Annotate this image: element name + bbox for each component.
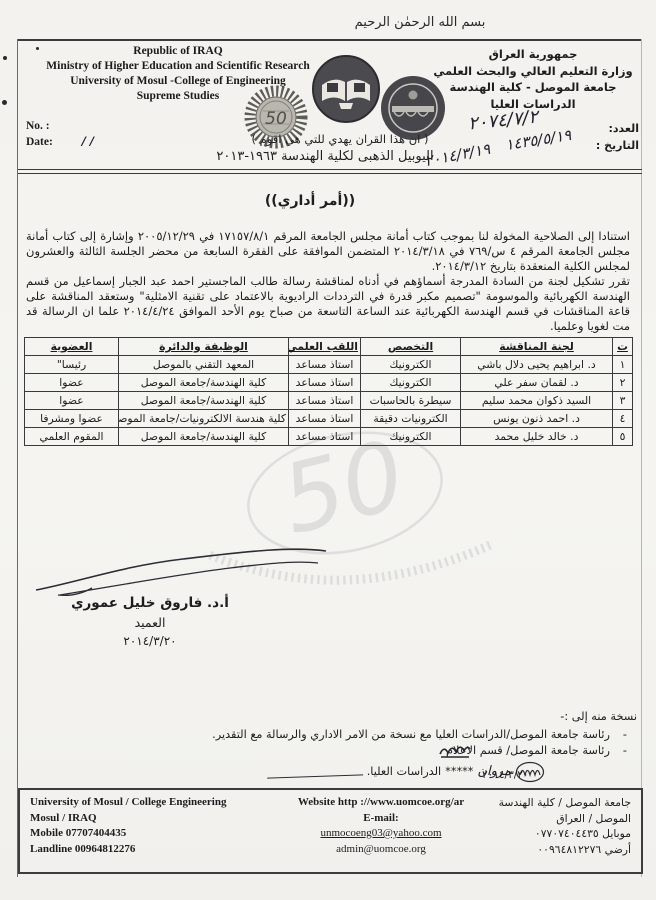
dean-signature-icon [28, 538, 333, 602]
quran-verse: ( ان هذا القران يهدي للتي هي اقوم ) [190, 132, 490, 146]
col-header-specialty: التخصص [361, 338, 461, 356]
signature-block: أ.د. فاروق خليل عموري العميد ٢٠١٤/٣/٢٠ [40, 594, 260, 651]
footer-landline-en: Landline 00964812276 [30, 842, 282, 858]
col-header-committee: لجنة المناقشة [461, 338, 613, 356]
footer-university-en: University of Mosul / College Engineerin… [30, 795, 282, 811]
letterhead-ministry-ar: وزارة التعليم العالي والبحث العلمي [425, 63, 641, 80]
table-cell: الكترونيك [361, 374, 461, 392]
pen-stroke-line [267, 766, 363, 778]
table-row: ٢د. لقمان سفر عليالكترونيكاستاذ مساعدكلي… [25, 374, 633, 392]
footer-city-en: Mosul / IRAQ [30, 811, 282, 827]
handwritten-scribble-over-word [438, 743, 472, 761]
table-cell: السيد ذكوان محمد سليم [461, 392, 613, 410]
table-row: ٣السيد ذكوان محمد سليمسيطرة بالحاسباتاست… [25, 392, 633, 410]
watermark-50-text: 50 [271, 420, 415, 556]
table-cell: المقوم العلمي [25, 428, 119, 446]
footer-english-column: University of Mosul / College Engineerin… [20, 790, 282, 872]
table-cell: استاذ مساعد [289, 374, 361, 392]
date-label: Date: [26, 136, 53, 148]
copies-section: نسخة منه إلى :- - رئاسة جامعة الموصل/الد… [140, 709, 637, 783]
table-cell: د. لقمان سفر علي [461, 374, 613, 392]
table-cell: استاذ مساعد [289, 356, 361, 374]
footer-email-label: E-mail: [282, 811, 480, 827]
copy-item: - رئاسة جامعة الموصل/الدراسات العليا مع … [140, 727, 637, 743]
footer-web-column: Website http ://www.uomcoe.org/ar E-mail… [282, 790, 480, 872]
footer-mobile-en: Mobile 07707404435 [30, 826, 282, 842]
copy-item-text: رئاسة جامعة الموصل/الدراسات العليا مع نس… [212, 727, 610, 743]
table-cell: عضوا [25, 392, 119, 410]
table-cell: ٣ [613, 392, 633, 410]
graduate-studies-label: الدراسات العليا. [367, 764, 441, 780]
letterhead-ministry-en: Ministry of Higher Education and Scienti… [22, 59, 334, 74]
table-cell: كلية الهندسة/جامعة الموصل [119, 392, 289, 410]
scan-artifact [2, 100, 7, 105]
table-cell: سيطرة بالحاسبات [361, 392, 461, 410]
asterisks: ***** [445, 764, 473, 780]
dean-name: أ.د. فاروق خليل عموري [40, 594, 260, 613]
table-cell: ١ [613, 356, 633, 374]
footer-city-ar: الموصل / العراق [480, 811, 631, 827]
header-double-rule [18, 169, 642, 174]
dean-title: العميد [40, 613, 260, 632]
table-cell: د. ابراهيم يحيى دلال باشي [461, 356, 613, 374]
scanned-document-page: بسم الله الرحمٰن الرحيم Republic of IRAQ… [0, 0, 656, 900]
col-header-membership: العضوية [25, 338, 119, 356]
letterhead-country-en: Republic of IRAQ [22, 44, 334, 59]
top-rule [18, 39, 642, 41]
left-page-border [17, 39, 18, 877]
col-header-index: ت [613, 338, 633, 356]
dash-marker: - [623, 727, 627, 743]
table-cell: كلية الهندسة/جامعة الموصل [119, 374, 289, 392]
scan-artifact [3, 56, 7, 60]
col-header-position: الوظيفة والدائرة [119, 338, 289, 356]
table-cell: استاذ مساعد [289, 392, 361, 410]
footer-email-2: admin@uomcoe.org [282, 842, 480, 858]
table-cell: عضوا [25, 374, 119, 392]
copy-item: - رئاسة جامعة الموصل/ قسم الاعلام . [140, 743, 637, 759]
table-cell: رئيسا" [25, 356, 119, 374]
body-paragraph-2: تقرر تشكيل لجنة من السادة المدرجة أسماؤه… [26, 274, 630, 334]
number-date-labels: العدد: التاريخ : [575, 120, 639, 154]
footer-contact-box: University of Mosul / College Engineerin… [18, 788, 643, 874]
footer-email-1: unmocoeng03@yahoo.com [282, 826, 480, 842]
university-of-mosul-logo-icon [311, 54, 381, 124]
table-cell: الكترونيك [361, 356, 461, 374]
body-paragraph-1: استنادا إلى الصلاحية المخولة لنا بموجب ك… [26, 229, 630, 274]
table-row: ١د. ابراهيم يحيى دلال باشيالكترونيكاستاذ… [25, 356, 633, 374]
footer-mobile-ar: موبايل ٠٧٧٠٧٤٠٤٤٣٥ [480, 826, 631, 842]
number-label-ar: العدد: [575, 120, 639, 137]
right-page-border [641, 39, 642, 877]
handwritten-date-hijri: ١٤٣٥/٥/١٩ [504, 126, 573, 154]
date-label-ar: التاريخ : [575, 137, 639, 154]
table-cell: ٤ [613, 410, 633, 428]
no-date-block: No. : Date: / / [26, 119, 94, 150]
no-label: No. : [26, 119, 94, 134]
copies-date: ٢٠١٤/٣/٢٠ [482, 769, 529, 781]
table-cell: ٥ [613, 428, 633, 446]
dash-marker: - [623, 743, 627, 759]
letterhead-country-ar: جمهورية العراق [425, 46, 641, 63]
table-header-row: ت لجنة المناقشة التخصص اللقب العلمي الوظ… [25, 338, 633, 356]
footer-arabic-column: جامعة الموصل / كلية الهندسة الموصل / الع… [480, 790, 641, 872]
col-header-academic-title: اللقب العلمي [289, 338, 361, 356]
body-text: استنادا إلى الصلاحية المخولة لنا بموجب ك… [26, 229, 630, 334]
footer-website: Website http ://www.uomcoe.org/ar [282, 795, 480, 811]
footer-landline-ar: أرضي ٠٠٩٦٤٨١٢٢٧٦ [480, 842, 631, 858]
jubilee-50-number: 50 [265, 109, 287, 129]
signature-date: ٢٠١٤/٣/٢٠ [40, 632, 260, 651]
scan-artifact [36, 47, 39, 50]
table-cell: ٢ [613, 374, 633, 392]
document-title: ((أمر أداري)) [210, 193, 410, 209]
date-placeholder-slashes: / / [56, 134, 94, 148]
bismillah-text: بسم الله الرحمٰن الرحيم [230, 15, 610, 30]
golden-jubilee-line: اليوبيل الذهبى لكلية الهندسة ١٩٦٣-٢٠١٣ [165, 149, 485, 164]
table-cell: عضوا ومشرفا [25, 410, 119, 428]
table-cell: المعهد التقني بالموصل [119, 356, 289, 374]
letterhead-university-ar: جامعة الموصل - كلية الهندسة [425, 79, 641, 96]
footer-university-ar: جامعة الموصل / كلية الهندسة [480, 795, 631, 811]
copies-heading: نسخة منه إلى :- [140, 709, 637, 725]
arabic-letterhead: جمهورية العراق وزارة التعليم العالي والب… [425, 46, 641, 112]
